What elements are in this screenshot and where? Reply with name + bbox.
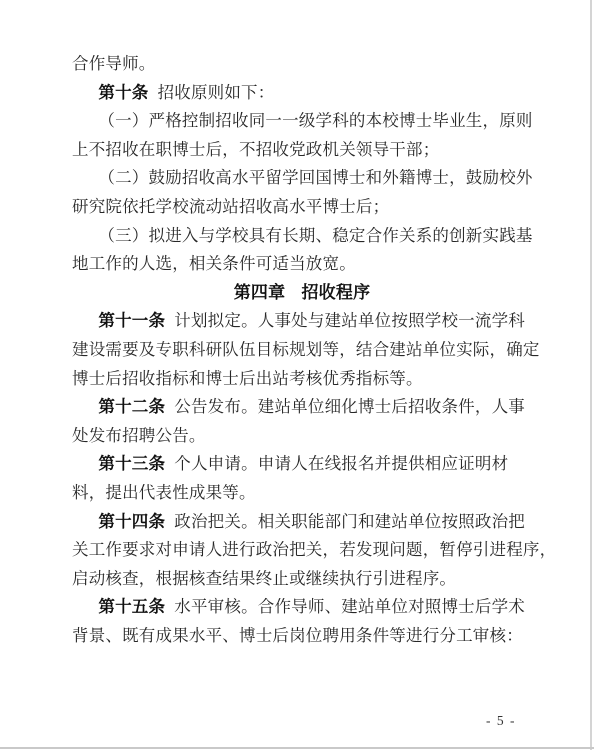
line-text: 背景、既有成果水平、博士后岗位聘用条件等进行分工审核：: [72, 626, 523, 645]
line-text: 合作导师。: [72, 54, 156, 73]
line-text: 个人申请。申请人在线报名并提供相应证明材: [174, 454, 508, 473]
text-line: 合作导师。: [72, 50, 532, 79]
text-line: 上不招收在职博士后，不招收党政机关领导干部；: [72, 136, 532, 165]
text-line: 关工作要求对申请人进行政治把关，若发现问题，暂停引进程序，: [72, 536, 532, 565]
page-edge-bottom: [0, 747, 594, 749]
article-number-label: 第十四条: [98, 512, 165, 531]
line-text: （二）鼓励招收高水平留学回国博士和外籍博士，鼓励校外: [98, 168, 532, 187]
line-text: 料，提出代表性成果等。: [72, 483, 256, 502]
article-first-line: 第十四条政治把关。相关职能部门和建站单位按照政治把: [72, 508, 532, 537]
line-text: 招收程序: [301, 283, 370, 302]
article-number-label: 第十三条: [98, 454, 165, 473]
line-text: 建设需要及专职科研队伍目标规划等，结合建站单位实际，确定: [72, 340, 540, 359]
text-line: 料，提出代表性成果等。: [72, 479, 532, 508]
document-page: 合作导师。第十条招收原则如下：（一）严格控制招收同一一级学科的本校博士毕业生，原…: [0, 0, 594, 750]
line-text: 上不招收在职博士后，不招收党政机关领导干部；: [72, 140, 439, 159]
article-number-label: 第十二条: [98, 397, 165, 416]
line-text: 地工作的人选，相关条件可适当放宽。: [72, 254, 356, 273]
chapter-number-label: 第四章: [234, 283, 286, 302]
line-text: （三）拟进入与学校具有长期、稳定合作关系的创新实践基: [98, 226, 532, 245]
text-line: 启动核查，根据核查结果终止或继续执行引进程序。: [72, 565, 532, 594]
article-first-line: 第十一条计划拟定。人事处与建站单位按照学校一流学科: [72, 307, 532, 336]
text-line: 研究院依托学校流动站招收高水平博士后；: [72, 193, 532, 222]
document-content: 合作导师。第十条招收原则如下：（一）严格控制招收同一一级学科的本校博士毕业生，原…: [0, 0, 532, 650]
text-line: （一）严格控制招收同一一级学科的本校博士毕业生，原则: [72, 107, 532, 136]
line-text: （一）严格控制招收同一一级学科的本校博士毕业生，原则: [98, 111, 532, 130]
article-number-label: 第十五条: [98, 597, 165, 616]
text-line: 地工作的人选，相关条件可适当放宽。: [72, 250, 532, 279]
text-line: 背景、既有成果水平、博士后岗位聘用条件等进行分工审核：: [72, 622, 532, 651]
page-number: - 5 -: [486, 713, 516, 729]
text-line: 建设需要及专职科研队伍目标规划等，结合建站单位实际，确定: [72, 336, 532, 365]
line-text: 计划拟定。人事处与建站单位按照学校一流学科: [174, 311, 525, 330]
line-text: 关工作要求对申请人进行政治把关，若发现问题，暂停引进程序，: [72, 540, 556, 559]
line-text: 处发布招聘公告。: [72, 426, 206, 445]
chapter-heading: 第四章招收程序: [72, 279, 532, 308]
line-text: 政治把关。相关职能部门和建站单位按照政治把: [174, 512, 525, 531]
line-text: 招收原则如下：: [158, 83, 275, 102]
article-first-line: 第十五条水平审核。合作导师、建站单位对照博士后学术: [72, 593, 532, 622]
text-line: （二）鼓励招收高水平留学回国博士和外籍博士，鼓励校外: [72, 164, 532, 193]
article-number-label: 第十条: [98, 83, 148, 102]
line-text: 水平审核。合作导师、建站单位对照博士后学术: [174, 597, 525, 616]
page-edge-right: [590, 0, 592, 750]
text-line: （三）拟进入与学校具有长期、稳定合作关系的创新实践基: [72, 222, 532, 251]
text-line: 博士后招收指标和博士后出站考核优秀指标等。: [72, 365, 532, 394]
line-text: 公告发布。建站单位细化博士后招收条件，人事: [174, 397, 525, 416]
article-first-line: 第十二条公告发布。建站单位细化博士后招收条件，人事: [72, 393, 532, 422]
article-number-label: 第十一条: [98, 311, 165, 330]
article-first-line: 第十三条个人申请。申请人在线报名并提供相应证明材: [72, 450, 532, 479]
article-first-line: 第十条招收原则如下：: [72, 79, 532, 108]
line-text: 博士后招收指标和博士后出站考核优秀指标等。: [72, 369, 423, 388]
line-text: 启动核查，根据核查结果终止或继续执行引进程序。: [72, 569, 456, 588]
text-line: 处发布招聘公告。: [72, 422, 532, 451]
line-text: 研究院依托学校流动站招收高水平博士后；: [72, 197, 389, 216]
